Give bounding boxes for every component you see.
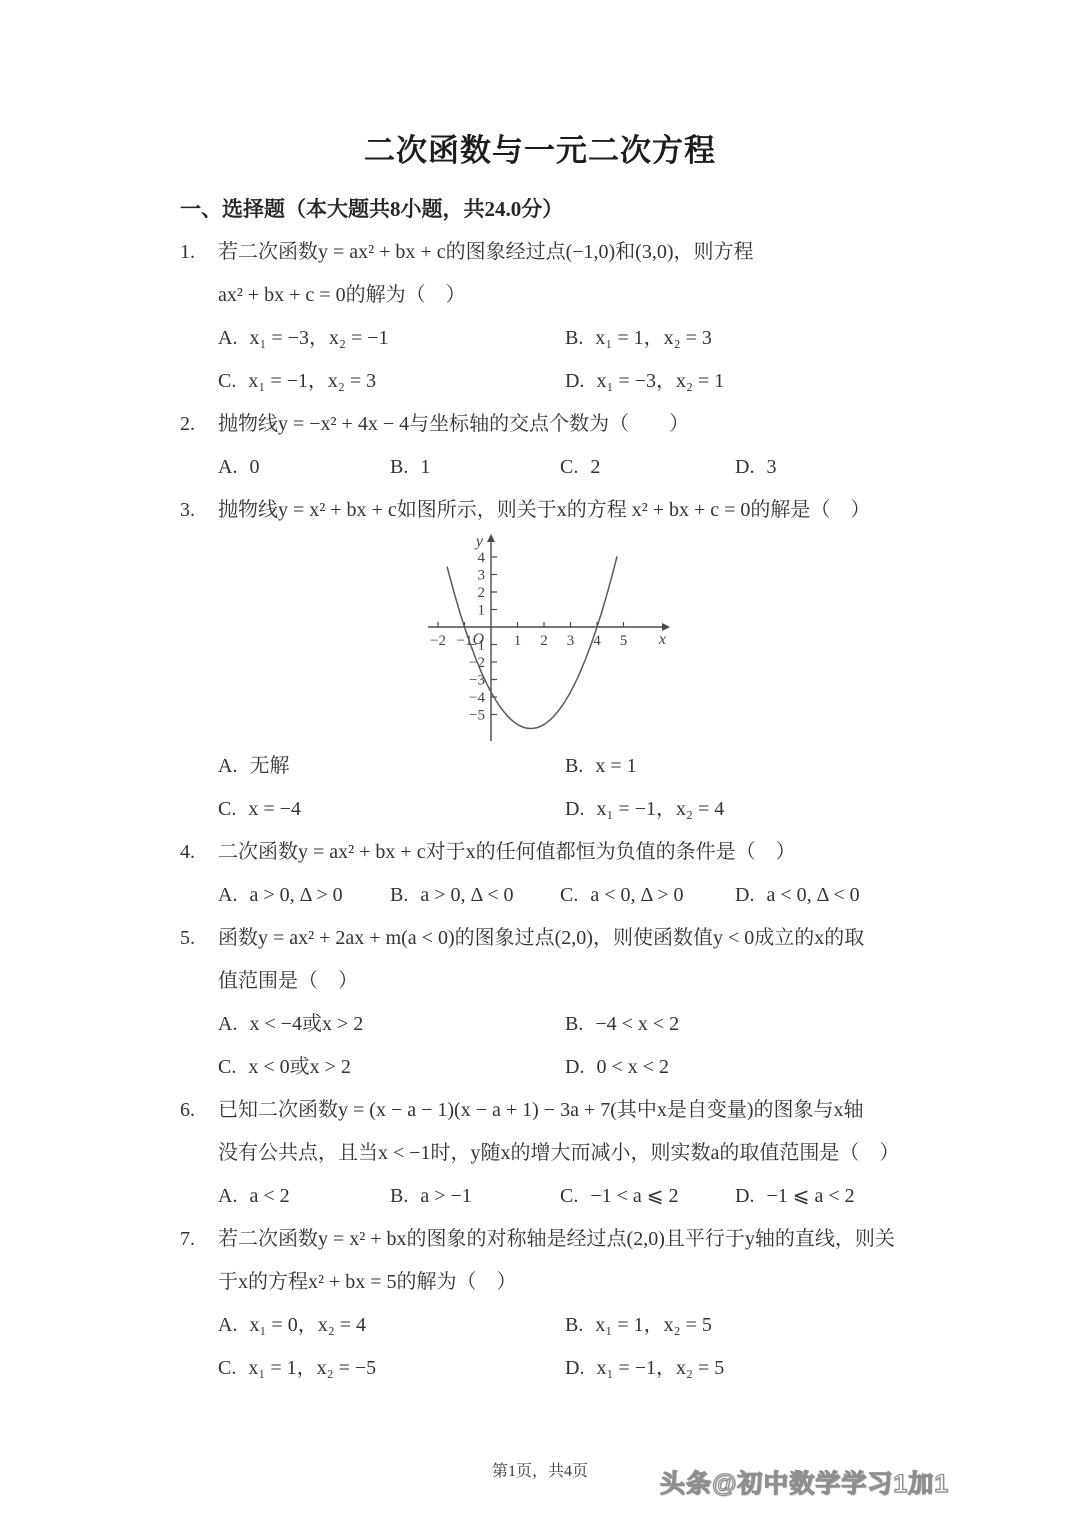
option-text: 0: [249, 456, 259, 478]
options-row: A.x₁ = 0，x₂ = 4B.x₁ = 1，x₂ = 5: [180, 1304, 1080, 1347]
question-number: 1.: [180, 231, 218, 274]
watermark-text: 头条@初中数学学习1加1: [660, 1464, 949, 1500]
x-axis-arrow: [662, 623, 670, 631]
options-row: A.a < 2B.a > −1C.−1 < a ⩽ 2D.−1 ⩽ a < 2: [180, 1175, 1080, 1218]
option-d: D.−1 ⩽ a < 2: [735, 1175, 1080, 1218]
option-text: x₁ = 1，x₂ = 5: [595, 1314, 712, 1336]
option-text: 3: [766, 456, 776, 478]
question-graph: −2−1123454321−1−2−3−4−5Oxy: [422, 532, 670, 745]
option-b: B.−4 < x < 2: [565, 1003, 1080, 1046]
questions-list: 1.若二次函数y = ax² + bx + c的图象经过点(−1,0)和(3,0…: [0, 231, 1080, 1390]
option-label: B.: [565, 755, 583, 777]
option-label: B.: [390, 456, 408, 478]
question-graph-container: −2−1123454321−1−2−3−4−5Oxy: [180, 532, 1080, 745]
question-2: 2.抛物线y = −x² + 4x − 4与坐标轴的交点个数为（ ）A.0B.1…: [180, 403, 1080, 489]
option-b: B.a > 0, Δ < 0: [390, 874, 560, 917]
option-text: x₁ = 0，x₂ = 4: [249, 1314, 366, 1336]
question-stem-line: 于x的方程x² + bx = 5的解为（ ）: [180, 1261, 1080, 1304]
option-b: B.1: [390, 446, 560, 489]
x-tick-label: 5: [620, 633, 628, 649]
question-stem-text: 二次函数y = ax² + bx + c对于x的任何值都恒为负值的条件是（ ）: [218, 841, 796, 863]
option-a: A.a < 2: [218, 1175, 390, 1218]
x-tick-label: 1: [514, 633, 522, 649]
question-stem-text: ax² + bx + c = 0的解为（ ）: [218, 284, 466, 306]
option-text: a > 0, Δ > 0: [249, 884, 342, 906]
option-label: D.: [735, 884, 754, 906]
option-label: C.: [560, 884, 578, 906]
option-text: a < 0, Δ < 0: [766, 884, 859, 906]
option-text: x₁ = 1，x₂ = −5: [248, 1357, 376, 1379]
y-tick-label: 4: [478, 550, 486, 566]
option-text: 2: [590, 456, 600, 478]
option-text: 1: [420, 456, 430, 478]
option-label: D.: [565, 798, 584, 820]
option-label: A.: [218, 1314, 237, 1336]
option-label: A.: [218, 327, 237, 349]
option-d: D.3: [735, 446, 1080, 489]
section-heading: 一、选择题（本大题共8小题，共24.0分）: [180, 188, 1080, 231]
question-number: 4.: [180, 831, 218, 874]
option-label: C.: [218, 1357, 236, 1379]
option-label: B.: [565, 1013, 583, 1035]
option-label: A.: [218, 755, 237, 777]
question-1: 1.若二次函数y = ax² + bx + c的图象经过点(−1,0)和(3,0…: [180, 231, 1080, 403]
option-text: −1 < a ⩽ 2: [590, 1185, 678, 1207]
option-d: D.x₁ = −3，x₂ = 1: [565, 360, 1080, 403]
option-c: C.x₁ = −1，x₂ = 3: [218, 360, 565, 403]
option-c: C.x = −4: [218, 788, 565, 831]
question-stem-text: 没有公共点，且当x < −1时，y随x的增大而减小，则实数a的取值范围是（ ）: [218, 1142, 899, 1164]
worksheet-page: 二次函数与一元二次方程 一、选择题（本大题共8小题，共24.0分） 1.若二次函…: [0, 0, 1080, 1527]
option-label: C.: [218, 370, 236, 392]
option-d: D.0 < x < 2: [565, 1046, 1080, 1089]
question-5: 5.函数y = ax² + 2ax + m(a < 0)的图象过点(2,0)，则…: [180, 917, 1080, 1089]
option-text: x₁ = −1，x₂ = 5: [596, 1357, 724, 1379]
options-row: C.x = −4D.x₁ = −1，x₂ = 4: [180, 788, 1080, 831]
question-stem-line: 2.抛物线y = −x² + 4x − 4与坐标轴的交点个数为（ ）: [180, 403, 1080, 446]
option-c: C.x < 0或x > 2: [218, 1046, 565, 1089]
y-tick-label: 2: [478, 585, 486, 601]
y-tick-label: 3: [478, 568, 486, 584]
option-label: C.: [560, 1185, 578, 1207]
x-tick-label: −2: [430, 633, 446, 649]
option-d: D.x₁ = −1，x₂ = 4: [565, 788, 1080, 831]
question-stem-text: 于x的方程x² + bx = 5的解为（ ）: [218, 1271, 517, 1293]
option-label: B.: [565, 1314, 583, 1336]
option-b: B.x₁ = 1，x₂ = 5: [565, 1304, 1080, 1347]
option-label: D.: [735, 1185, 754, 1207]
option-label: A.: [218, 1185, 237, 1207]
option-label: D.: [565, 1056, 584, 1078]
question-6: 6.已知二次函数y = (x − a − 1)(x − a + 1) − 3a …: [180, 1089, 1080, 1218]
y-tick-label: 1: [478, 603, 486, 619]
option-text: x₁ = −1，x₂ = 3: [248, 370, 376, 392]
option-d: D.x₁ = −1，x₂ = 5: [565, 1347, 1080, 1390]
option-text: x₁ = −3，x₂ = −1: [249, 327, 388, 349]
y-axis-label: y: [474, 533, 484, 550]
option-a: A.0: [218, 446, 390, 489]
y-tick-label: −5: [469, 708, 485, 724]
option-label: C.: [218, 798, 236, 820]
option-text: 无解: [249, 755, 289, 777]
question-7: 7.若二次函数y = x² + bx的图象的对称轴是经过点(2,0)且平行于y轴…: [180, 1218, 1080, 1390]
option-label: D.: [565, 1357, 584, 1379]
question-4: 4.二次函数y = ax² + bx + c对于x的任何值都恒为负值的条件是（ …: [180, 831, 1080, 917]
option-label: D.: [565, 370, 584, 392]
question-stem-text: 抛物线y = x² + bx + c如图所示，则关于x的方程 x² + bx +…: [218, 499, 870, 521]
option-text: −1 ⩽ a < 2: [766, 1185, 854, 1207]
x-tick-label: 2: [540, 633, 548, 649]
question-stem-text: 函数y = ax² + 2ax + m(a < 0)的图象过点(2,0)，则使函…: [218, 927, 864, 949]
option-text: a < 0, Δ > 0: [590, 884, 683, 906]
option-text: x = −4: [248, 798, 301, 820]
question-stem-text: 已知二次函数y = (x − a − 1)(x − a + 1) − 3a + …: [218, 1099, 864, 1121]
options-row: A.x < −4或x > 2B.−4 < x < 2: [180, 1003, 1080, 1046]
option-b: B.x = 1: [565, 745, 1080, 788]
option-label: C.: [218, 1056, 236, 1078]
option-text: a > −1: [420, 1185, 471, 1207]
options-row: C.x₁ = −1，x₂ = 3D.x₁ = −3，x₂ = 1: [180, 360, 1080, 403]
option-d: D.a < 0, Δ < 0: [735, 874, 1080, 917]
question-number: 3.: [180, 489, 218, 532]
question-3: 3.抛物线y = x² + bx + c如图所示，则关于x的方程 x² + bx…: [180, 489, 1080, 831]
options-row: A.无解B.x = 1: [180, 745, 1080, 788]
question-stem-line: 7.若二次函数y = x² + bx的图象的对称轴是经过点(2,0)且平行于y轴…: [180, 1218, 1080, 1261]
y-axis-arrow: [487, 534, 495, 542]
option-b: B.x₁ = 1，x₂ = 3: [565, 317, 1080, 360]
option-c: C.−1 < a ⩽ 2: [560, 1175, 735, 1218]
option-text: a > 0, Δ < 0: [420, 884, 513, 906]
question-stem-text: 若二次函数y = x² + bx的图象的对称轴是经过点(2,0)且平行于y轴的直…: [218, 1228, 895, 1250]
question-stem-line: ax² + bx + c = 0的解为（ ）: [180, 274, 1080, 317]
option-text: x = 1: [595, 755, 636, 777]
option-label: B.: [390, 884, 408, 906]
option-text: x < 0或x > 2: [248, 1056, 351, 1078]
option-label: D.: [735, 456, 754, 478]
option-a: A.x < −4或x > 2: [218, 1003, 565, 1046]
question-stem-text: 若二次函数y = ax² + bx + c的图象经过点(−1,0)和(3,0)，…: [218, 241, 754, 263]
option-b: B.a > −1: [390, 1175, 560, 1218]
question-stem-line: 1.若二次函数y = ax² + bx + c的图象经过点(−1,0)和(3,0…: [180, 231, 1080, 274]
options-row: A.0B.1C.2D.3: [180, 446, 1080, 489]
option-text: −4 < x < 2: [595, 1013, 679, 1035]
question-stem-line: 5.函数y = ax² + 2ax + m(a < 0)的图象过点(2,0)，则…: [180, 917, 1080, 960]
question-stem-line: 6.已知二次函数y = (x − a − 1)(x − a + 1) − 3a …: [180, 1089, 1080, 1132]
option-c: C.2: [560, 446, 735, 489]
option-label: B.: [565, 327, 583, 349]
question-stem-text: 值范围是（ ）: [218, 970, 358, 992]
option-text: x₁ = −3，x₂ = 1: [596, 370, 724, 392]
question-stem-line: 没有公共点，且当x < −1时，y随x的增大而减小，则实数a的取值范围是（ ）: [180, 1132, 1080, 1175]
y-tick-label: −4: [469, 690, 485, 706]
option-a: A.无解: [218, 745, 565, 788]
option-label: A.: [218, 456, 237, 478]
x-axis-label: x: [658, 631, 666, 648]
option-text: x₁ = −1，x₂ = 4: [596, 798, 724, 820]
question-stem-line: 3.抛物线y = x² + bx + c如图所示，则关于x的方程 x² + bx…: [180, 489, 1080, 532]
option-label: A.: [218, 884, 237, 906]
option-label: C.: [560, 456, 578, 478]
question-stem-text: 抛物线y = −x² + 4x − 4与坐标轴的交点个数为（ ）: [218, 413, 689, 435]
option-label: B.: [390, 1185, 408, 1207]
question-number: 5.: [180, 917, 218, 960]
option-c: C.a < 0, Δ > 0: [560, 874, 735, 917]
origin-label: O: [472, 631, 484, 648]
option-c: C.x₁ = 1，x₂ = −5: [218, 1347, 565, 1390]
option-text: x < −4或x > 2: [249, 1013, 363, 1035]
option-a: A.x₁ = −3，x₂ = −1: [218, 317, 565, 360]
options-row: A.a > 0, Δ > 0B.a > 0, Δ < 0C.a < 0, Δ >…: [180, 874, 1080, 917]
question-stem-line: 值范围是（ ）: [180, 960, 1080, 1003]
options-row: C.x₁ = 1，x₂ = −5D.x₁ = −1，x₂ = 5: [180, 1347, 1080, 1390]
page-title: 二次函数与一元二次方程: [0, 0, 1080, 172]
question-number: 6.: [180, 1089, 218, 1132]
question-number: 7.: [180, 1218, 218, 1261]
option-a: A.a > 0, Δ > 0: [218, 874, 390, 917]
option-label: A.: [218, 1013, 237, 1035]
question-stem-line: 4.二次函数y = ax² + bx + c对于x的任何值都恒为负值的条件是（ …: [180, 831, 1080, 874]
question-number: 2.: [180, 403, 218, 446]
options-row: C.x < 0或x > 2D.0 < x < 2: [180, 1046, 1080, 1089]
option-text: 0 < x < 2: [596, 1056, 669, 1078]
options-row: A.x₁ = −3，x₂ = −1B.x₁ = 1，x₂ = 3: [180, 317, 1080, 360]
option-a: A.x₁ = 0，x₂ = 4: [218, 1304, 565, 1347]
x-tick-label: 3: [567, 633, 575, 649]
option-text: x₁ = 1，x₂ = 3: [595, 327, 712, 349]
option-text: a < 2: [249, 1185, 289, 1207]
